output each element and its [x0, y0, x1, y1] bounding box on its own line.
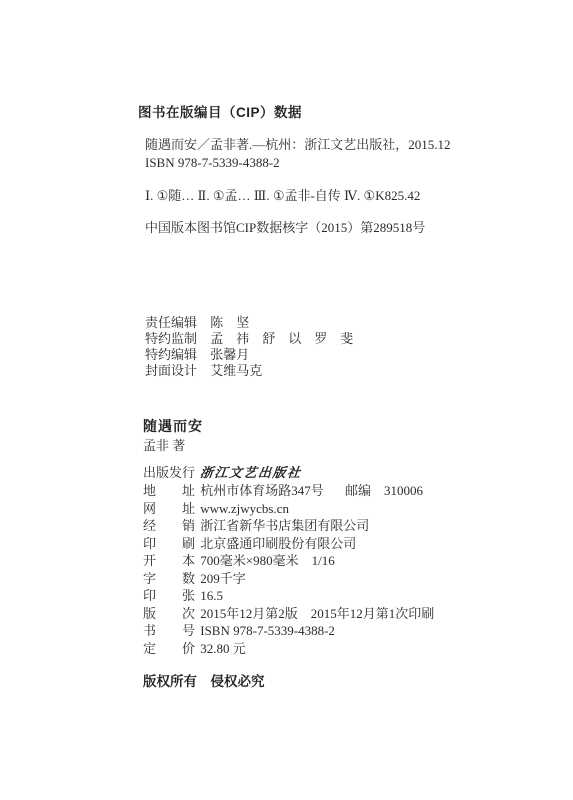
publication-row-edition: 版 次 2015年12月第2版 2015年12月第1次印刷	[143, 605, 434, 622]
publication-value: 浙江省新华书店集团有限公司	[200, 518, 369, 533]
publication-label: 印 张	[143, 587, 195, 604]
publication-label: 印 刷	[143, 535, 195, 552]
publication-label: 定 价	[143, 640, 195, 657]
publication-row-word-count: 字 数 209千字	[143, 570, 434, 587]
cip-entry-line1: 随遇而安／孟非著.—杭州：浙江文艺出版社，2015.12	[145, 136, 451, 154]
publication-value: 杭州市体育场路347号	[200, 483, 324, 498]
publication-label: 出版发行	[143, 464, 195, 481]
publication-info-block: 出版发行 浙江文艺出版社 地 址 杭州市体育场路347号 邮编 310006 网…	[143, 464, 434, 657]
publication-row-sheets: 印 张 16.5	[143, 587, 434, 604]
credit-label: 责任编辑	[145, 315, 197, 331]
credit-row-editor: 责任编辑 陈 坚	[145, 315, 353, 331]
credit-value: 张馨月	[210, 347, 249, 362]
credit-value: 陈 坚	[210, 315, 249, 330]
publication-row-format: 开 本 700毫米×980毫米 1/16	[143, 552, 434, 569]
credits-block: 责任编辑 陈 坚 特约监制 孟 祎 舒 以 罗 斐 特约编辑 张馨月 封面设计 …	[145, 315, 353, 379]
publication-row-address: 地 址 杭州市体育场路347号 邮编 310006	[143, 482, 434, 499]
copyright-notice: 版权所有 侵权必究	[143, 670, 265, 690]
publication-value: 32.80 元	[200, 641, 246, 656]
book-author: 孟非 著	[143, 435, 185, 454]
publication-label: 网 址	[143, 500, 195, 517]
credit-label: 封面设计	[145, 363, 197, 379]
book-title: 随遇而安	[143, 416, 203, 436]
publication-value: ISBN 978-7-5339-4388-2	[200, 623, 335, 638]
publication-label: 书 号	[143, 622, 195, 639]
publication-row-price: 定 价 32.80 元	[143, 640, 434, 657]
publication-value: www.zjwycbs.cn	[200, 501, 289, 516]
book-copyright-page: 图书在版编目（CIP）数据 随遇而安／孟非著.—杭州：浙江文艺出版社，2015.…	[0, 0, 573, 800]
publication-label: 经 销	[143, 517, 195, 534]
credit-label: 特约编辑	[145, 347, 197, 363]
publication-row-distribution: 经 销 浙江省新华书店集团有限公司	[143, 517, 434, 534]
publication-row-publisher: 出版发行 浙江文艺出版社	[143, 464, 434, 482]
publication-label: 地 址	[143, 482, 195, 499]
publication-value: 209千字	[200, 571, 246, 586]
postal-code: 邮编 310006	[345, 483, 423, 498]
publication-value: 700毫米×980毫米 1/16	[200, 553, 334, 568]
publication-label: 版 次	[143, 605, 195, 622]
cip-entry-isbn: ISBN 978-7-5339-4388-2	[145, 154, 451, 172]
credit-row-cover-design: 封面设计 艾维马克	[145, 363, 353, 379]
credit-row-supervisors: 特约监制 孟 祎 舒 以 罗 斐	[145, 331, 353, 347]
publication-label: 字 数	[143, 570, 195, 587]
credit-value: 孟 祎 舒 以 罗 斐	[210, 331, 353, 346]
publication-row-isbn: 书 号 ISBN 978-7-5339-4388-2	[143, 622, 434, 639]
publication-value: 16.5	[200, 588, 223, 603]
credit-value: 艾维马克	[210, 363, 262, 378]
credit-row-special-editor: 特约编辑 张馨月	[145, 347, 353, 363]
cip-heading: 图书在版编目（CIP）数据	[138, 101, 302, 121]
publication-value: 2015年12月第2版 2015年12月第1次印刷	[200, 606, 434, 621]
publication-label: 开 本	[143, 552, 195, 569]
cip-classification: Ⅰ. ①随… Ⅱ. ①孟… Ⅲ. ①孟非-自传 Ⅳ. ①K825.42	[145, 185, 420, 204]
publication-value: 北京盛通印刷股份有限公司	[200, 536, 356, 551]
publication-row-website: 网 址 www.zjwycbs.cn	[143, 500, 434, 517]
cip-entry: 随遇而安／孟非著.—杭州：浙江文艺出版社，2015.12 ISBN 978-7-…	[145, 136, 451, 171]
publication-row-printer: 印 刷 北京盛通印刷股份有限公司	[143, 535, 434, 552]
publisher-logotype: 浙江文艺出版社	[199, 465, 302, 482]
credit-label: 特约监制	[145, 331, 197, 347]
cip-record-number: 中国版本图书馆CIP数据核字（2015）第289518号	[145, 217, 425, 236]
